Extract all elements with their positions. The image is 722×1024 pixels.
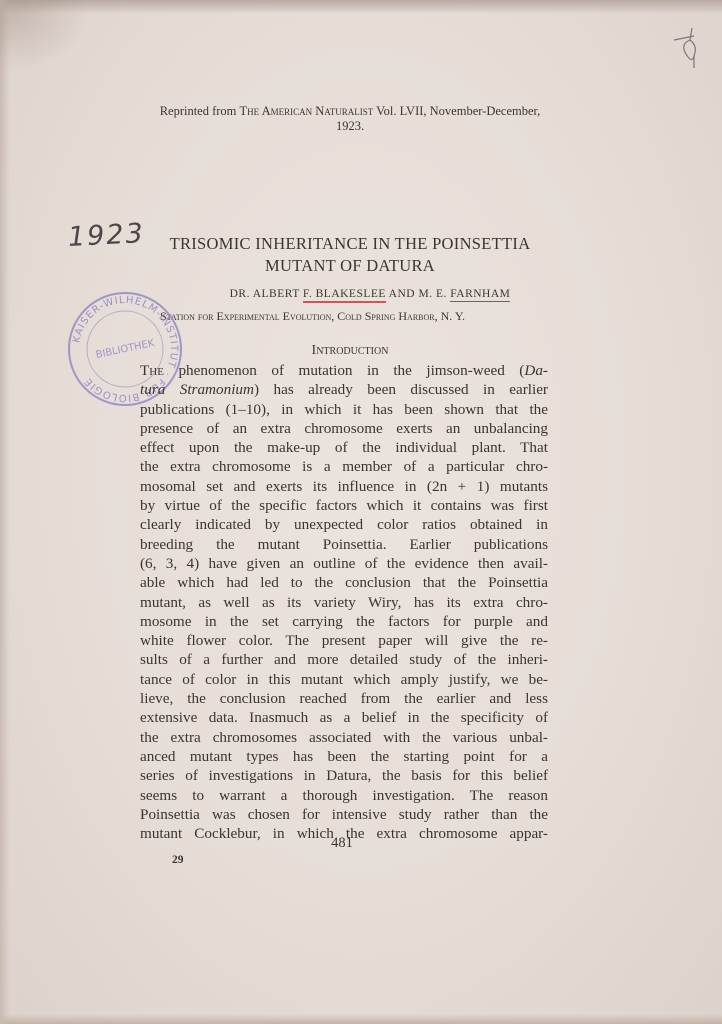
body-line: the extra chromosomes associated with th… <box>140 728 548 747</box>
body-line: presence of an extra chromosome exerts a… <box>140 419 548 438</box>
reprint-year: 1923. <box>336 119 364 133</box>
body-line: tance of color in this mutant which ampl… <box>140 670 548 689</box>
body-line: seems to warrant a thorough investigatio… <box>140 786 548 805</box>
body-line: series of investigations in Datura, the … <box>140 766 548 785</box>
body-line: extensive data. Inasmuch as a belief in … <box>140 708 548 727</box>
author-farnham: FARNHAM <box>450 288 510 302</box>
body-line: mutant, as well as its variety Wiry, has… <box>140 593 548 612</box>
body-line: by virtue of the specific factors which … <box>140 496 548 515</box>
page-edge-top <box>0 0 722 14</box>
title-line-2: MUTANT OF DATURA <box>140 255 560 277</box>
body-line: effect upon the make-up of the individua… <box>140 438 548 457</box>
author-blakeslee: F. BLAKESLEE <box>303 288 386 303</box>
section-heading-introduction: Introduction <box>140 343 560 359</box>
journal-name: The American Naturalist <box>240 104 374 118</box>
species-name: tura Stramonium <box>140 381 254 398</box>
reprint-notice: Reprinted from The American Naturalist V… <box>130 104 570 134</box>
reprint-volume: Vol. LVII, November-December, <box>373 104 540 118</box>
body-line: lieve, the conclusion reached from the e… <box>140 689 548 708</box>
author-line: DR. ALBERT F. BLAKESLEE AND M. E. FARNHA… <box>160 288 580 300</box>
body-line: Poinsettia was chosen for intensive stud… <box>140 805 548 824</box>
corner-stain <box>0 0 90 70</box>
body-line: clearly indicated by unexpected color ra… <box>140 515 548 534</box>
author-joiner: AND M. E. <box>386 288 450 300</box>
body-line: anced mutant types has been the starting… <box>140 747 548 766</box>
body-line: able which had led to the conclusion tha… <box>140 573 548 592</box>
page-edge-left <box>0 0 10 1024</box>
body-line: publications (1–10), in which it has bee… <box>140 400 548 419</box>
lead-word: The <box>140 362 164 379</box>
title-line-1: TRISOMIC INHERITANCE IN THE POINSETTIA <box>140 233 560 255</box>
handwritten-year-annotation: 1923 <box>67 218 145 253</box>
body-line: mosomal set and exerts its influence in … <box>140 477 548 496</box>
body-line: white flower color. The present paper wi… <box>140 631 548 650</box>
affiliation: Station for Experimental Evolution, Cold… <box>160 309 580 324</box>
body-line: tura Stramonium) has already been discus… <box>140 380 548 399</box>
body-line: mosome in the set carrying the factors f… <box>140 612 548 631</box>
signature-mark: 29 <box>172 854 184 866</box>
body-line: (6, 3, 4) have given an outline of the e… <box>140 554 548 573</box>
body-paragraph: The phenomenon of mutation in the jimson… <box>140 361 548 843</box>
page-number: 481 <box>322 835 362 852</box>
pencil-corner-mark-icon <box>672 26 702 70</box>
line-text: ) has already been discussed in earlier <box>254 381 548 398</box>
body-line: sults of a further and more detailed stu… <box>140 650 548 669</box>
body-line: the extra chromosome is a member of a pa… <box>140 457 548 476</box>
italic-text: Da- <box>524 362 548 379</box>
scanned-page: Reprinted from The American Naturalist V… <box>0 0 722 1024</box>
body-line: breeding the mutant Poinsettia. Earlier … <box>140 535 548 554</box>
line-text: phenomenon of mutation in the jimson-wee… <box>164 362 524 379</box>
page-edge-bottom <box>0 1014 722 1024</box>
reprint-prefix: Reprinted from <box>160 104 240 118</box>
article-title: TRISOMIC INHERITANCE IN THE POINSETTIA M… <box>140 233 560 277</box>
body-line: The phenomenon of mutation in the jimson… <box>140 361 548 380</box>
author-prefix: DR. ALBERT <box>230 288 303 300</box>
